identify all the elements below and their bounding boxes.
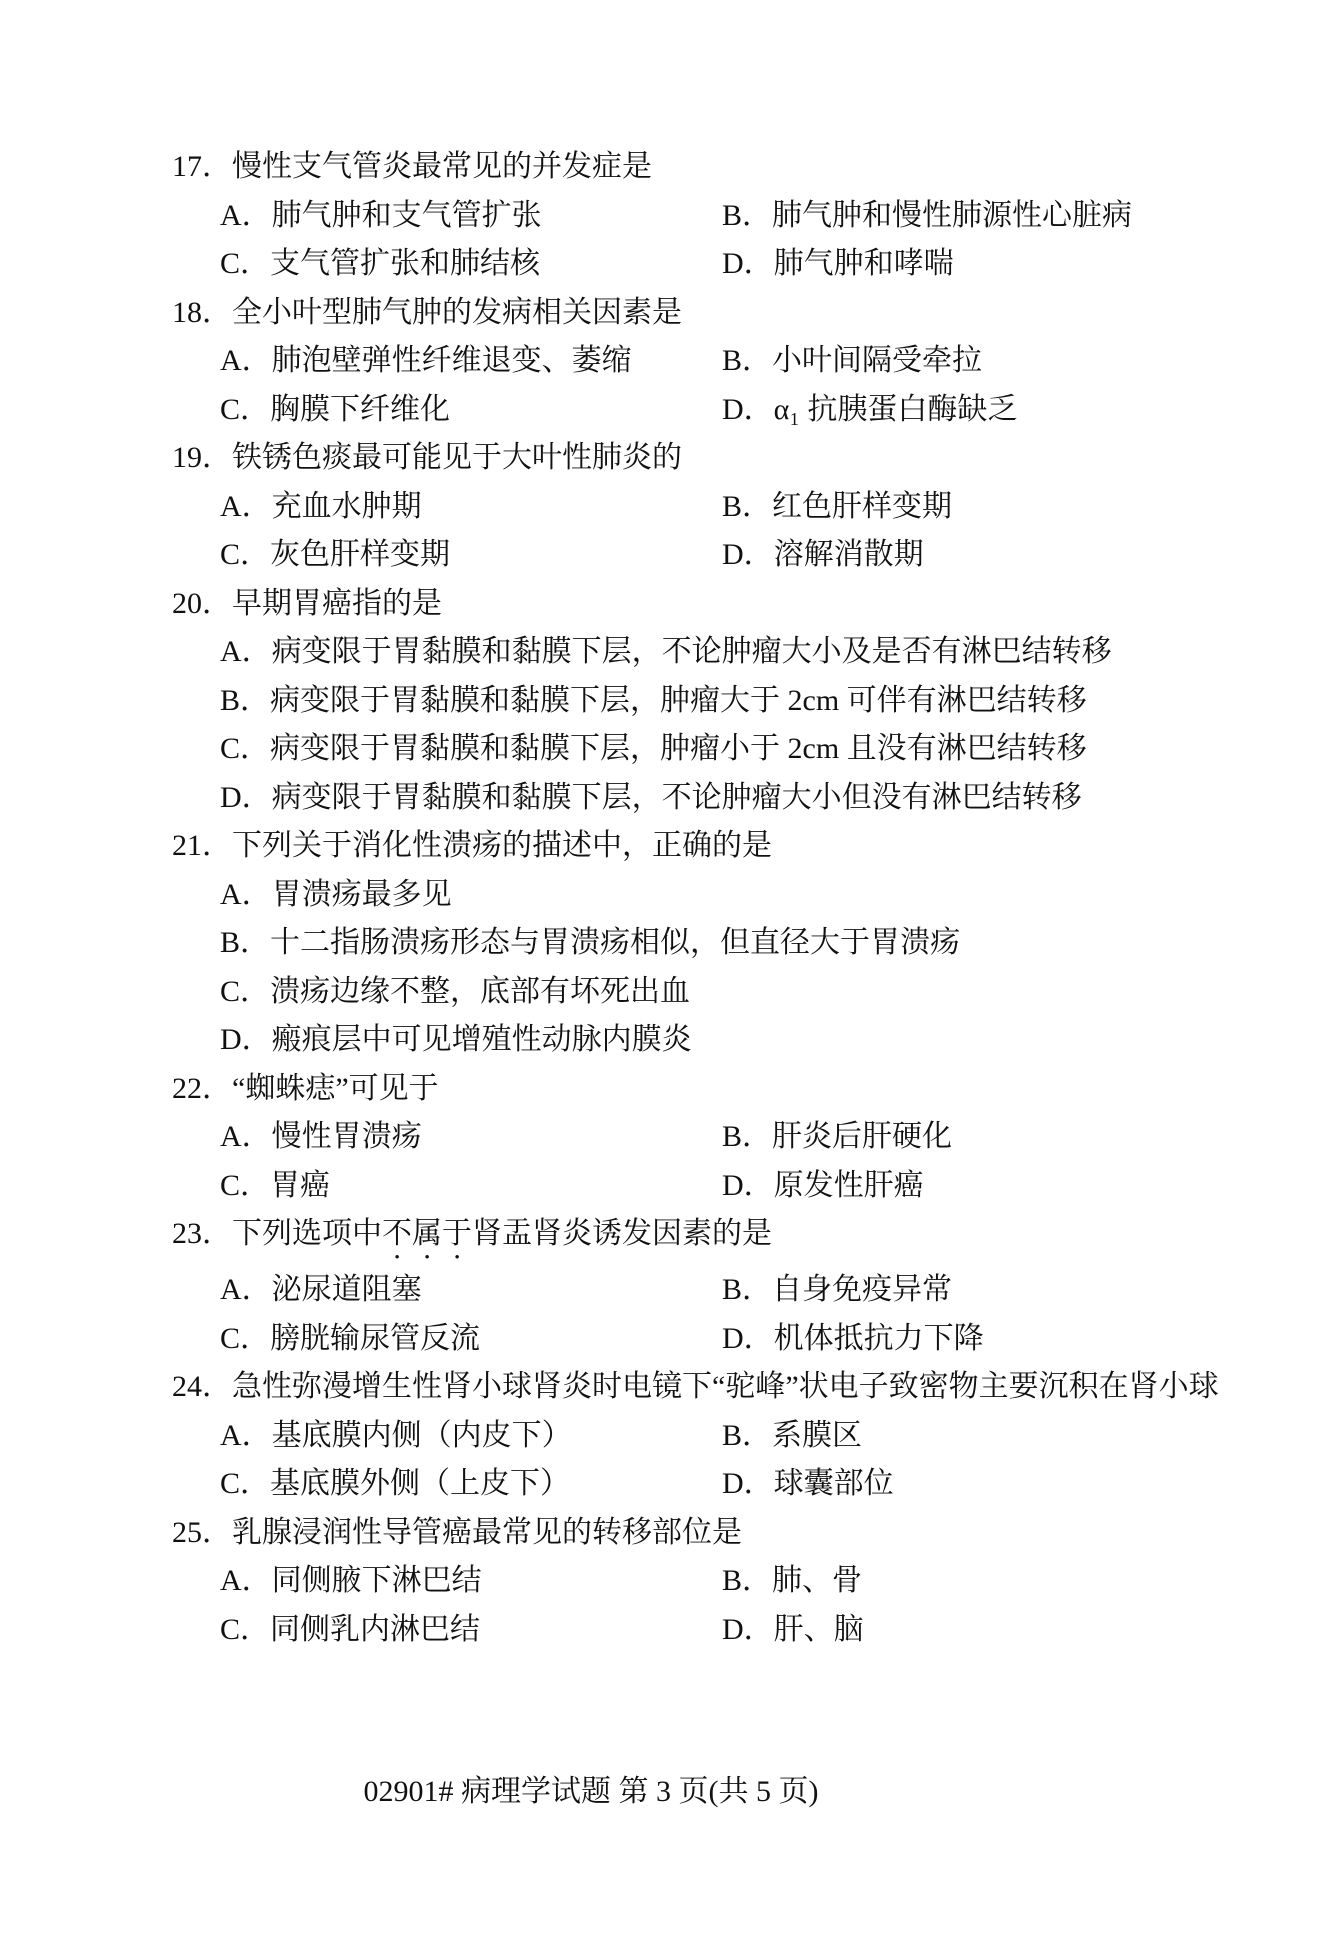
option-19-D: D．溶解消散期 [722,531,924,580]
option-label: B． [722,490,772,523]
option-row: A．病变限于胃黏膜和黏膜下层，不论肿瘤大小及是否有淋巴结转移 [0,628,1318,677]
option-label: A． [220,1564,272,1597]
option-17-D: D．肺气肿和哮喘 [722,240,954,289]
option-row: A．胃溃疡最多见 [0,871,1318,920]
option-text: 溶解消散期 [774,538,924,571]
option-label: C． [220,975,270,1008]
option-22-B: B．肝炎后肝硬化 [722,1113,952,1162]
option-text: 泌尿道阻塞 [272,1273,422,1306]
option-text: 自身免疫异常 [772,1273,952,1306]
option-label: B． [722,1120,772,1153]
question-20: 20．早期胃癌指的是A．病变限于胃黏膜和黏膜下层，不论肿瘤大小及是否有淋巴结转移… [0,580,1318,823]
option-text: 瘢痕层中可见增殖性动脉内膜炎 [272,1023,692,1056]
option-23-B: B．自身免疫异常 [722,1266,952,1315]
option-22-D: D．原发性肝癌 [722,1162,924,1211]
option-text: 肺气肿和支气管扩张 [272,199,542,232]
option-23-A: A．泌尿道阻塞 [220,1266,722,1315]
option-row: A．泌尿道阻塞B．自身免疫异常 [0,1266,1318,1315]
option-18-D: D．α₁ 抗胰蛋白酶缺乏 [722,386,1017,435]
question-19: 19．铁锈色痰最可能见于大叶性肺炎的A．充血水肿期B．红色肝样变期C．灰色肝样变… [0,434,1318,580]
question-19-stem-line: 19．铁锈色痰最可能见于大叶性肺炎的 [0,434,1318,483]
option-text: 同侧腋下淋巴结 [272,1564,482,1597]
option-label: D． [722,1169,774,1202]
question-17: 17．慢性支气管炎最常见的并发症是A．肺气肿和支气管扩张B．肺气肿和慢性肺源性心… [0,143,1318,289]
option-18-A: A．肺泡壁弹性纤维退变、萎缩 [220,337,722,386]
option-row: C．灰色肝样变期D．溶解消散期 [0,531,1318,580]
option-label: D． [220,1023,272,1056]
option-label: C． [220,538,270,571]
question-24-stem-line: 24．急性弥漫增生性肾小球肾炎时电镜下“驼峰”状电子致密物主要沉积在肾小球 [0,1363,1318,1412]
option-text: 病变限于胃黏膜和黏膜下层，不论肿瘤大小但没有淋巴结转移 [272,781,1082,814]
option-row: D．病变限于胃黏膜和黏膜下层，不论肿瘤大小但没有淋巴结转移 [0,774,1318,823]
option-text: 膀胱输尿管反流 [270,1322,480,1355]
option-24-A: A．基底膜内侧（内皮下） [220,1412,722,1461]
option-row: B．病变限于胃黏膜和黏膜下层，肿瘤大于 2cm 可伴有淋巴结转移 [0,677,1318,726]
question-stem: 早期胃癌指的是 [232,587,442,620]
option-row: B．十二指肠溃疡形态与胃溃疡相似，但直径大于胃溃疡 [0,919,1318,968]
option-label: B． [722,1564,772,1597]
option-text: 肺泡壁弹性纤维退变、萎缩 [272,344,632,377]
question-stem: 慢性支气管炎最常见的并发症是 [232,150,652,183]
option-label: A． [220,199,272,232]
question-24: 24．急性弥漫增生性肾小球肾炎时电镜下“驼峰”状电子致密物主要沉积在肾小球A．基… [0,1363,1318,1509]
option-label: C． [220,1467,270,1500]
option-text: 溃疡边缘不整，底部有坏死出血 [270,975,690,1008]
question-17-stem-line: 17．慢性支气管炎最常见的并发症是 [0,143,1318,192]
option-label: B． [722,1273,772,1306]
question-number: 21． [172,829,232,862]
option-text: 同侧乳内淋巴结 [270,1613,480,1646]
option-text: 胃癌 [270,1169,330,1202]
question-22: 22．“蜘蛛痣”可见于A．慢性胃溃疡B．肝炎后肝硬化C．胃癌D．原发性肝癌 [0,1065,1318,1211]
question-number: 23． [172,1217,232,1250]
option-21-C: C．溃疡边缘不整，底部有坏死出血 [220,968,690,1017]
option-row: A．同侧腋下淋巴结B．肺、骨 [0,1557,1318,1606]
page-footer: 02901# 病理学试题 第 3 页(共 5 页) [0,1772,1318,1812]
question-23: 23．下列选项中不属于肾盂肾炎诱发因素的是A．泌尿道阻塞B．自身免疫异常C．膀胱… [0,1210,1318,1363]
option-label: A． [220,490,272,523]
option-label: B． [220,684,270,717]
option-text: 胸膜下纤维化 [270,393,450,426]
option-20-C: C．病变限于胃黏膜和黏膜下层，肿瘤小于 2cm 且没有淋巴结转移 [220,725,1087,774]
option-label: B． [722,199,772,232]
option-row: C．胸膜下纤维化D．α₁ 抗胰蛋白酶缺乏 [0,386,1318,435]
option-text: 慢性胃溃疡 [272,1120,422,1153]
question-number: 25． [172,1516,232,1549]
option-row: C．胃癌D．原发性肝癌 [0,1162,1318,1211]
option-25-C: C．同侧乳内淋巴结 [220,1606,722,1655]
option-text: 病变限于胃黏膜和黏膜下层，肿瘤小于 2cm 且没有淋巴结转移 [270,732,1087,765]
option-text: 机体抵抗力下降 [774,1322,984,1355]
option-label: A． [220,1120,272,1153]
option-row: C．病变限于胃黏膜和黏膜下层，肿瘤小于 2cm 且没有淋巴结转移 [0,725,1318,774]
option-text: 肺、骨 [772,1564,862,1597]
option-17-A: A．肺气肿和支气管扩张 [220,192,722,241]
option-text: 球囊部位 [774,1467,894,1500]
option-label: B． [220,926,270,959]
option-17-C: C．支气管扩张和肺结核 [220,240,722,289]
option-row: A．肺泡壁弹性纤维退变、萎缩B．小叶间隔受牵拉 [0,337,1318,386]
question-list: 17．慢性支气管炎最常见的并发症是A．肺气肿和支气管扩张B．肺气肿和慢性肺源性心… [0,0,1318,1654]
option-20-B: B．病变限于胃黏膜和黏膜下层，肿瘤大于 2cm 可伴有淋巴结转移 [220,677,1087,726]
question-number: 20． [172,587,232,620]
question-stem: 全小叶型肺气肿的发病相关因素是 [232,296,682,329]
question-18-stem-line: 18．全小叶型肺气肿的发病相关因素是 [0,289,1318,338]
option-label: A． [220,1273,272,1306]
question-18: 18．全小叶型肺气肿的发病相关因素是A．肺泡壁弹性纤维退变、萎缩B．小叶间隔受牵… [0,289,1318,435]
option-24-B: B．系膜区 [722,1412,862,1461]
question-21-stem-line: 21．下列关于消化性溃疡的描述中，正确的是 [0,822,1318,871]
question-stem: 下列关于消化性溃疡的描述中，正确的是 [232,829,772,862]
question-stem: 急性弥漫增生性肾小球肾炎时电镜下“驼峰”状电子致密物主要沉积在肾小球 [232,1370,1219,1403]
option-text: 灰色肝样变期 [270,538,450,571]
option-20-D: D．病变限于胃黏膜和黏膜下层，不论肿瘤大小但没有淋巴结转移 [220,774,1082,823]
option-text: 肝、脑 [774,1613,864,1646]
option-text: 肺气肿和哮喘 [774,247,954,280]
question-20-stem-line: 20．早期胃癌指的是 [0,580,1318,629]
option-row: C．同侧乳内淋巴结D．肝、脑 [0,1606,1318,1655]
question-number: 19． [172,441,232,474]
page-footer-text: 02901# 病理学试题 第 3 页(共 5 页) [364,1772,819,1812]
option-label: C． [220,1613,270,1646]
option-text: 病变限于胃黏膜和黏膜下层，肿瘤大于 2cm 可伴有淋巴结转移 [270,684,1087,717]
exam-page: 17．慢性支气管炎最常见的并发症是A．肺气肿和支气管扩张B．肺气肿和慢性肺源性心… [0,0,1318,1945]
question-stem: “蜘蛛痣”可见于 [232,1072,439,1105]
option-text: 充血水肿期 [272,490,422,523]
option-row: A．慢性胃溃疡B．肝炎后肝硬化 [0,1113,1318,1162]
option-row: C．支气管扩张和肺结核D．肺气肿和哮喘 [0,240,1318,289]
option-text: 小叶间隔受牵拉 [772,344,982,377]
option-label: D． [722,1467,774,1500]
option-text: 肺气肿和慢性肺源性心脏病 [772,199,1132,232]
option-label: A． [220,1419,272,1452]
question-23-stem-line: 23．下列选项中不属于肾盂肾炎诱发因素的是 [0,1210,1318,1266]
option-label: A． [220,635,272,668]
option-text: α₁ 抗胰蛋白酶缺乏 [774,393,1018,426]
option-label: C． [220,1322,270,1355]
option-label: D． [722,247,774,280]
option-label: D． [722,538,774,571]
question-stem: 铁锈色痰最可能见于大叶性肺炎的 [232,441,682,474]
option-23-D: D．机体抵抗力下降 [722,1315,984,1364]
option-25-D: D．肝、脑 [722,1606,864,1655]
option-row: D．瘢痕层中可见增殖性动脉内膜炎 [0,1016,1318,1065]
emphasized-text: 不属于 [382,1217,472,1250]
option-label: C． [220,393,270,426]
option-text: 原发性肝癌 [774,1169,924,1202]
question-21: 21．下列关于消化性溃疡的描述中，正确的是A．胃溃疡最多见B．十二指肠溃疡形态与… [0,822,1318,1065]
option-row: C．基底膜外侧（上皮下）D．球囊部位 [0,1460,1318,1509]
question-25-stem-line: 25．乳腺浸润性导管癌最常见的转移部位是 [0,1509,1318,1558]
option-text: 红色肝样变期 [772,490,952,523]
option-24-D: D．球囊部位 [722,1460,894,1509]
option-18-B: B．小叶间隔受牵拉 [722,337,982,386]
question-number: 18． [172,296,232,329]
option-label: C． [220,732,270,765]
option-text: 基底膜内侧（内皮下） [272,1419,572,1452]
option-label: D． [722,1322,774,1355]
option-20-A: A．病变限于胃黏膜和黏膜下层，不论肿瘤大小及是否有淋巴结转移 [220,628,1112,677]
option-19-B: B．红色肝样变期 [722,483,952,532]
option-19-A: A．充血水肿期 [220,483,722,532]
option-25-A: A．同侧腋下淋巴结 [220,1557,722,1606]
question-22-stem-line: 22．“蜘蛛痣”可见于 [0,1065,1318,1114]
question-number: 17． [172,150,232,183]
option-text: 系膜区 [772,1419,862,1452]
option-21-D: D．瘢痕层中可见增殖性动脉内膜炎 [220,1016,692,1065]
option-text: 支气管扩张和肺结核 [270,247,540,280]
option-label: D． [722,1613,774,1646]
option-21-A: A．胃溃疡最多见 [220,871,452,920]
option-label: B． [722,1419,772,1452]
question-25: 25．乳腺浸润性导管癌最常见的转移部位是A．同侧腋下淋巴结B．肺、骨C．同侧乳内… [0,1509,1318,1655]
option-label: C． [220,247,270,280]
question-number: 24． [172,1370,232,1403]
option-24-C: C．基底膜外侧（上皮下） [220,1460,722,1509]
question-stem: 下列选项中不属于肾盂肾炎诱发因素的是 [232,1217,772,1250]
question-stem: 乳腺浸润性导管癌最常见的转移部位是 [232,1516,742,1549]
option-text: 胃溃疡最多见 [272,878,452,911]
option-label: D． [220,781,272,814]
option-22-A: A．慢性胃溃疡 [220,1113,722,1162]
option-text: 病变限于胃黏膜和黏膜下层，不论肿瘤大小及是否有淋巴结转移 [272,635,1112,668]
option-23-C: C．膀胱输尿管反流 [220,1315,722,1364]
option-text: 基底膜外侧（上皮下） [270,1467,570,1500]
option-25-B: B．肺、骨 [722,1557,862,1606]
option-17-B: B．肺气肿和慢性肺源性心脏病 [722,192,1132,241]
option-18-C: C．胸膜下纤维化 [220,386,722,435]
option-row: A．充血水肿期B．红色肝样变期 [0,483,1318,532]
option-row: A．肺气肿和支气管扩张B．肺气肿和慢性肺源性心脏病 [0,192,1318,241]
option-text: 十二指肠溃疡形态与胃溃疡相似，但直径大于胃溃疡 [270,926,960,959]
option-label: A． [220,344,272,377]
option-label: A． [220,878,272,911]
option-label: B． [722,344,772,377]
option-row: C．膀胱输尿管反流D．机体抵抗力下降 [0,1315,1318,1364]
question-number: 22． [172,1072,232,1105]
option-row: C．溃疡边缘不整，底部有坏死出血 [0,968,1318,1017]
option-21-B: B．十二指肠溃疡形态与胃溃疡相似，但直径大于胃溃疡 [220,919,960,968]
option-row: A．基底膜内侧（内皮下）B．系膜区 [0,1412,1318,1461]
option-label: C． [220,1169,270,1202]
option-19-C: C．灰色肝样变期 [220,531,722,580]
option-label: D． [722,393,774,426]
option-22-C: C．胃癌 [220,1162,722,1211]
option-text: 肝炎后肝硬化 [772,1120,952,1153]
